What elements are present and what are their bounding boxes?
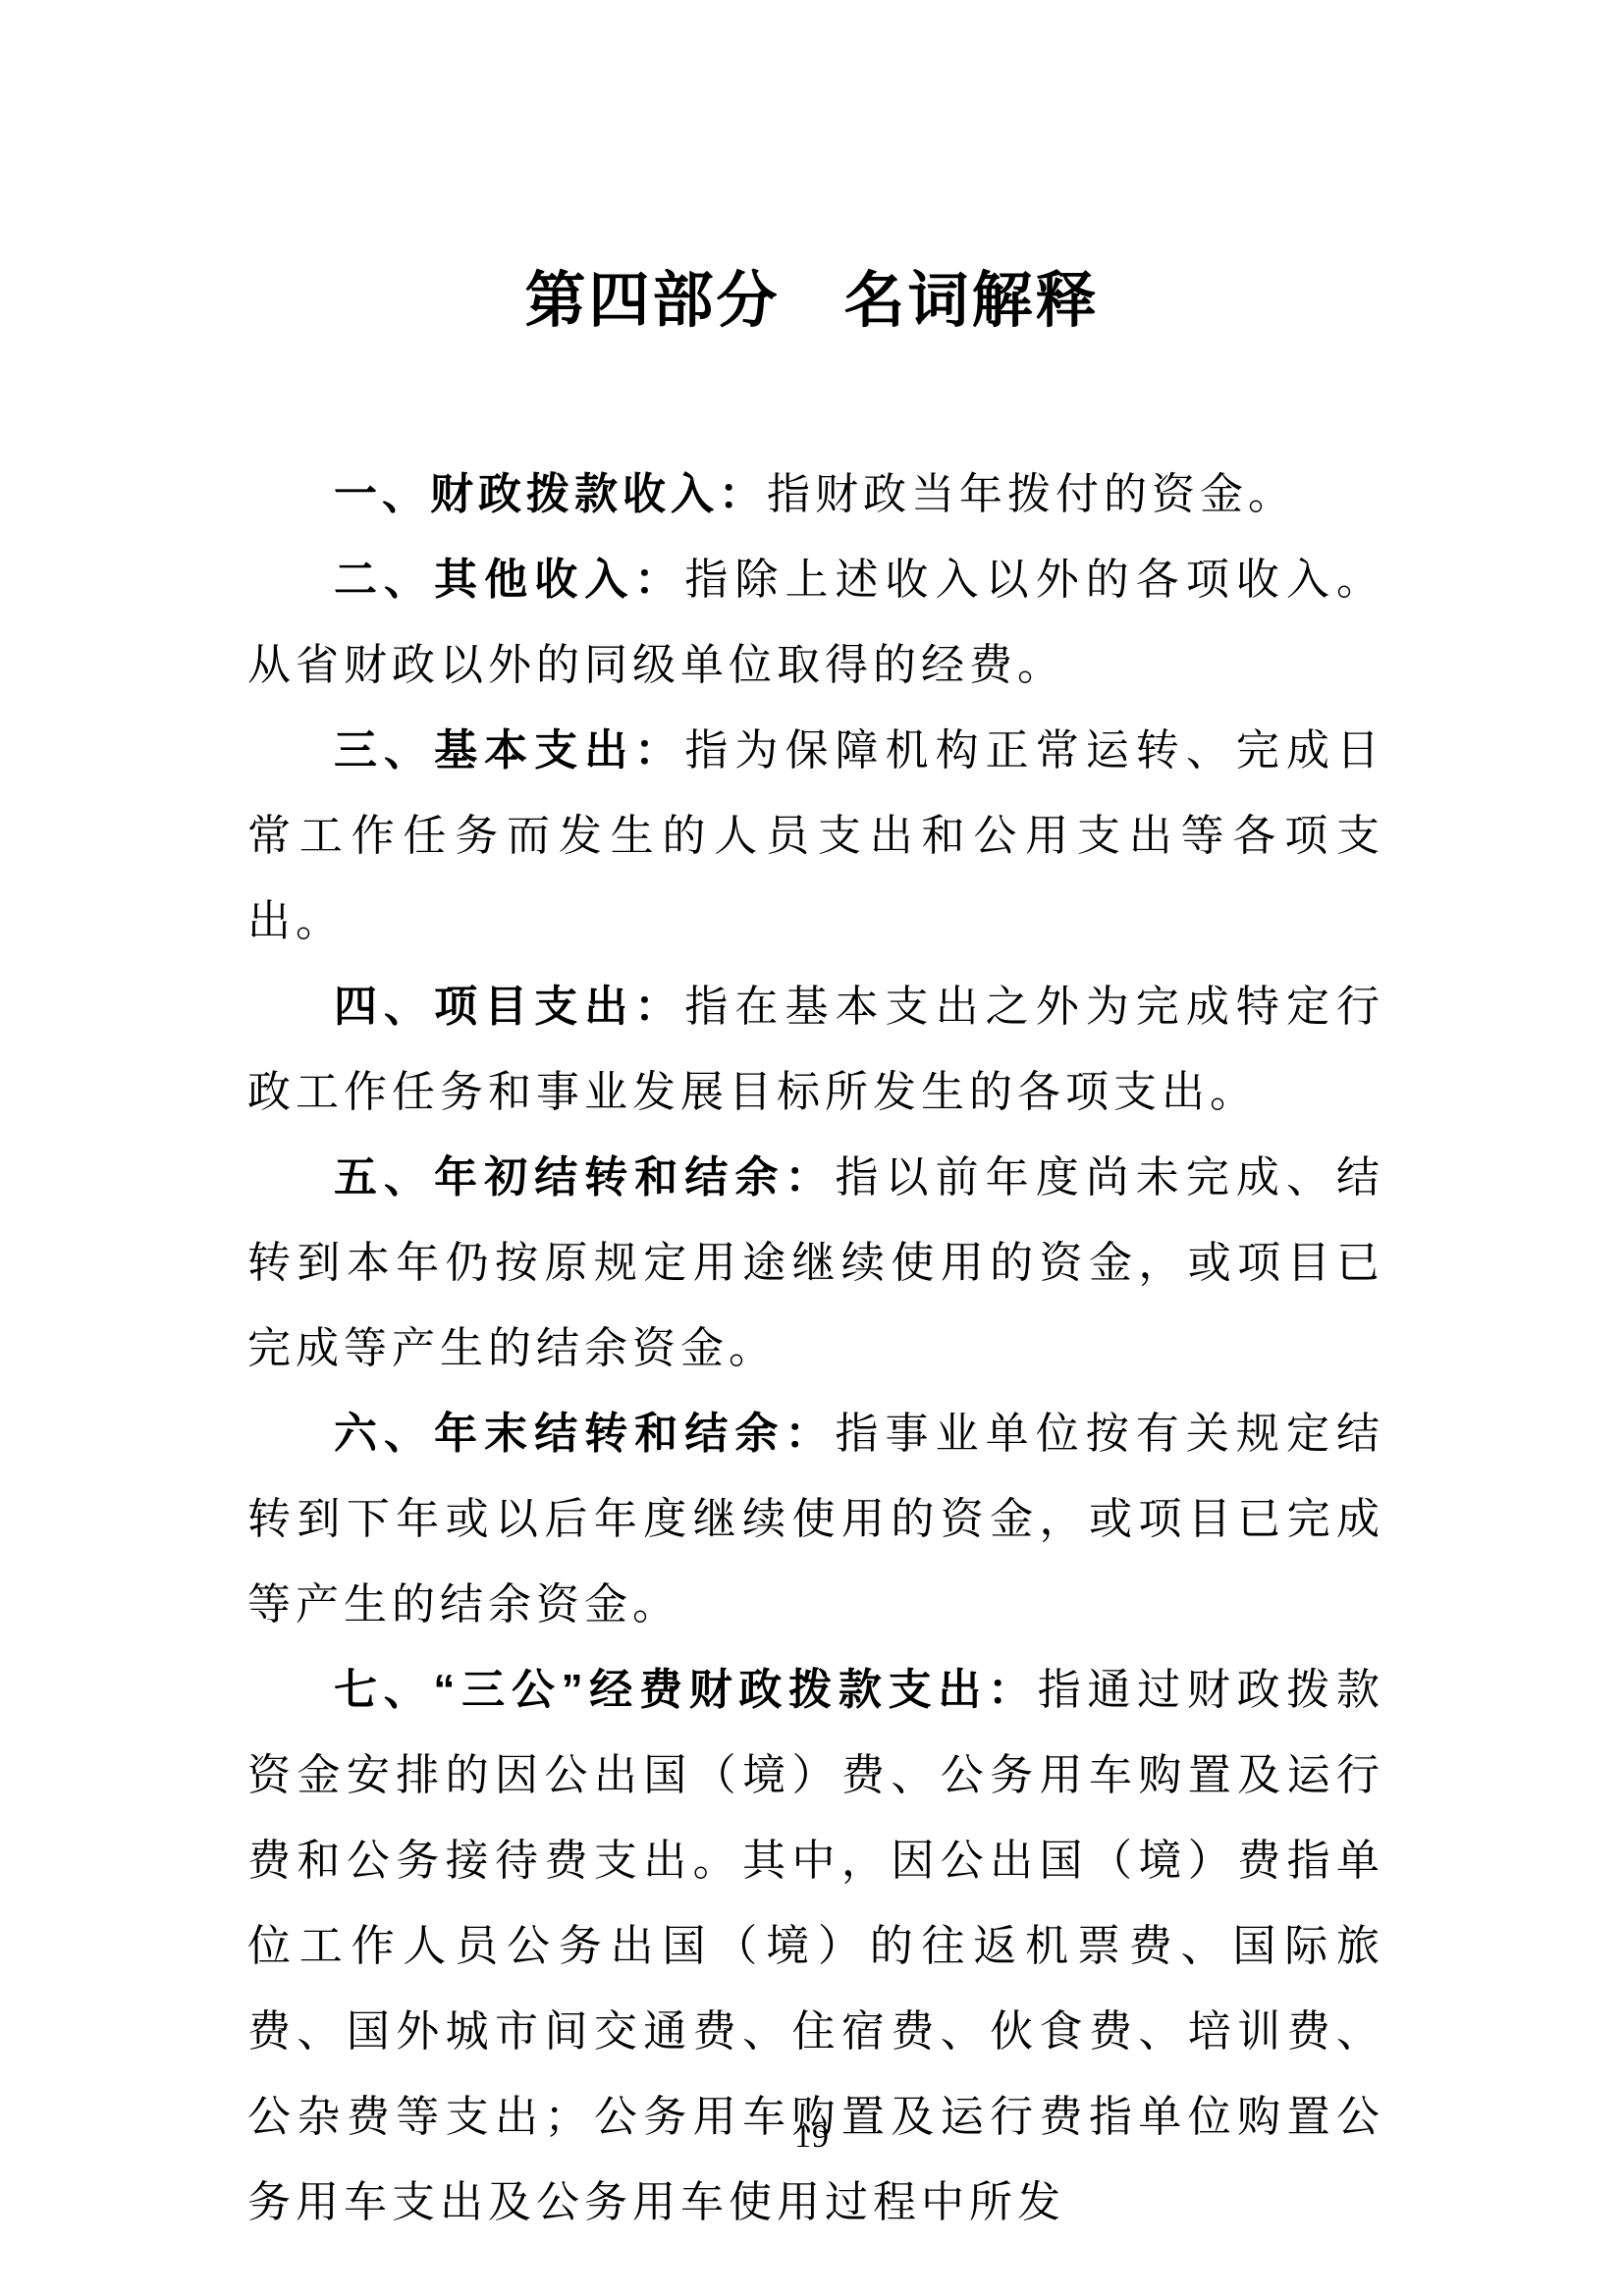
glossary-term: 二、其他收入：: [334, 556, 684, 604]
glossary-entry: 五、年初结转和结余：指以前年度尚未完成、结转到本年仍按原规定用途继续使用的资金，…: [247, 1135, 1384, 1391]
glossary-content: 一、财政拨款收入：指财政当年拨付的资金。二、其他收入：指除上述收入以外的各项收入…: [247, 452, 1384, 2245]
glossary-term: 三、基本支出：: [334, 726, 684, 774]
glossary-entry: 一、财政拨款收入：指财政当年拨付的资金。: [247, 452, 1384, 537]
glossary-entry: 二、其他收入：指除上述收入以外的各项收入。从省财政以外的同级单位取得的经费。: [247, 537, 1384, 708]
glossary-entry: 三、基本支出：指为保障机构正常运转、完成日常工作任务而发生的人员支出和公用支出等…: [247, 708, 1384, 964]
glossary-term: 一、财政拨款收入：: [334, 470, 767, 518]
page-title: 第四部分 名词解释: [0, 251, 1624, 339]
glossary-term: 五、年初结转和结余：: [334, 1153, 836, 1201]
glossary-term: 七、“三公”经费财政拨款支出：: [334, 1666, 1038, 1714]
glossary-definition: 指财政当年拨付的资金。: [767, 470, 1296, 518]
document-page: 第四部分 名词解释 一、财政拨款收入：指财政当年拨付的资金。二、其他收入：指除上…: [0, 0, 1624, 2296]
page-number: 19: [0, 2118, 1624, 2156]
glossary-entry: 六、年末结转和结余：指事业单位按有关规定结转到下年或以后年度继续使用的资金，或项…: [247, 1391, 1384, 1647]
glossary-entry: 四、项目支出：指在基本支出之外为完成特定行政工作任务和事业发展目标所发生的各项支…: [247, 964, 1384, 1135]
glossary-term: 四、项目支出：: [334, 983, 684, 1031]
glossary-term: 六、年末结转和结余：: [334, 1410, 836, 1458]
